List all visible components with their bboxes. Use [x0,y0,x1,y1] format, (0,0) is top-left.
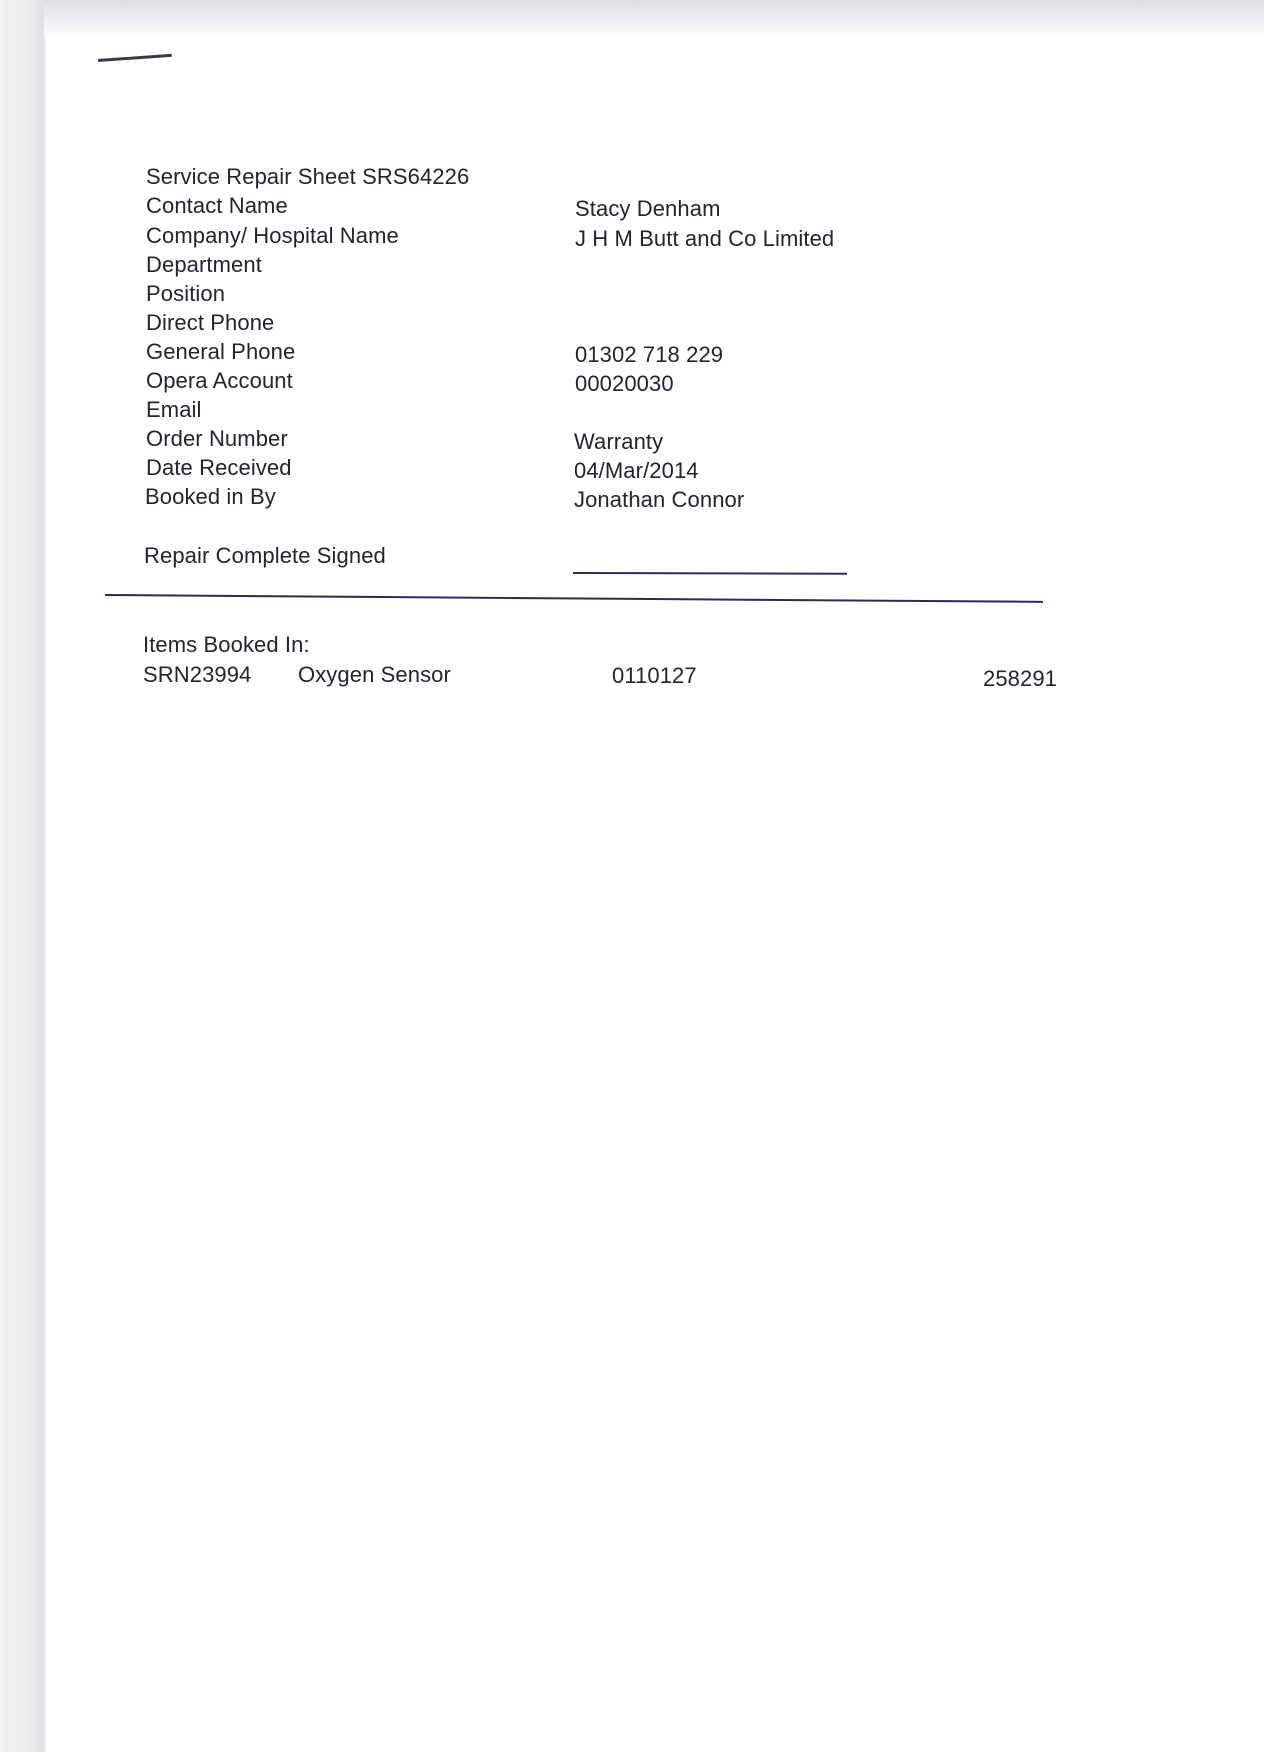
field-label-email: Email [146,399,202,421]
field-label-direct-phone: Direct Phone [146,312,274,334]
field-label-position: Position [146,283,225,305]
field-value-general-phone: 01302 718 229 [575,344,723,366]
field-label-contact-name: Contact Name [146,195,288,217]
document-title: Service Repair Sheet SRS64226 [146,166,469,188]
field-label-company: Company/ Hospital Name [146,225,399,247]
item-description: Oxygen Sensor [298,664,451,686]
field-label-department: Department [146,254,262,276]
field-value-opera-account: 00020030 [575,373,674,395]
scanner-left-margin [0,0,44,1752]
field-value-company: J H M Butt and Co Limited [575,228,834,250]
field-value-contact-name: Stacy Denham [575,198,721,220]
item-srn: SRN23994 [143,664,251,686]
field-value-date-received: 04/Mar/2014 [574,460,699,482]
items-heading: Items Booked In: [143,634,310,656]
item-code: 0110127 [612,665,697,687]
field-value-booked-in-by: Jonathan Connor [574,489,744,511]
field-label-general-phone: General Phone [146,341,295,363]
field-value-order-number: Warranty [574,431,663,453]
item-serial: 258291 [983,668,1057,690]
document-page [46,30,1264,1752]
signature-label: Repair Complete Signed [144,545,386,567]
field-label-opera-account: Opera Account [146,370,293,392]
field-label-date-received: Date Received [146,457,292,479]
field-label-order-number: Order Number [146,428,288,450]
scanner-top-shadow [44,0,1264,34]
field-label-booked-in-by: Booked in By [145,486,276,508]
